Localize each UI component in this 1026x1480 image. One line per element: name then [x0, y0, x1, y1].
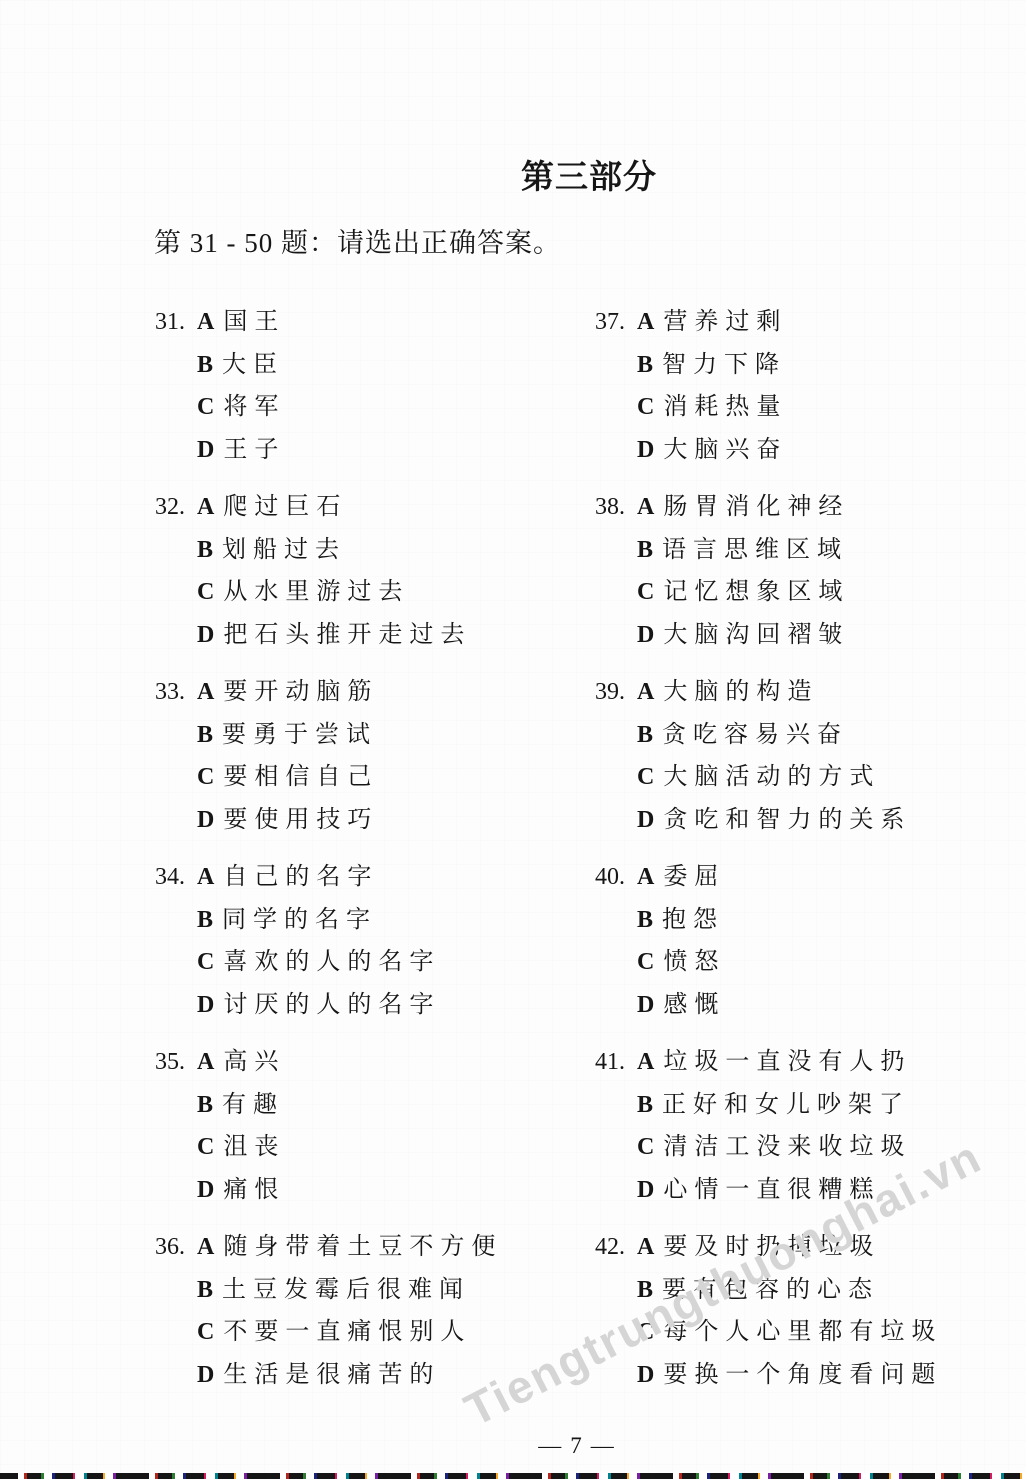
option-c: C每个人心里都有垃圾 — [637, 1311, 1015, 1354]
option-b: B同学的名字 — [197, 899, 555, 942]
option-letter: B — [197, 537, 213, 563]
question-options: A大脑的构造 B贪吃容易兴奋 C大脑活动的方式 D贪吃和智力的关系 — [637, 671, 1015, 841]
option-text: 抱怨 — [662, 907, 724, 933]
question-36: 36. A随身带着土豆不方便 B土豆发霉后很难闻 C不要一直痛恨别人 D生活是很… — [155, 1226, 555, 1396]
option-text: 高兴 — [223, 1049, 285, 1075]
question-38: 38. A肠胃消化神经 B语言思维区域 C记忆想象区域 D大脑沟回褶皱 — [595, 486, 1015, 656]
option-letter: C — [197, 764, 214, 790]
option-text: 土豆发霉后很难闻 — [222, 1277, 470, 1303]
option-text: 智力下降 — [662, 352, 786, 378]
option-letter: A — [197, 309, 214, 335]
option-letter: B — [197, 1092, 213, 1118]
option-letter: B — [637, 907, 653, 933]
option-text: 大臣 — [222, 352, 284, 378]
option-letter: A — [637, 679, 654, 705]
question-options: A随身带着土豆不方便 B土豆发霉后很难闻 C不要一直痛恨别人 D生活是很痛苦的 — [197, 1226, 555, 1396]
option-text: 贪吃和智力的关系 — [663, 807, 911, 833]
option-letter: C — [637, 764, 654, 790]
option-text: 语言思维区域 — [662, 537, 848, 563]
option-text: 营养过剩 — [663, 309, 787, 335]
option-b: B有趣 — [197, 1084, 555, 1127]
option-letter: A — [197, 679, 214, 705]
option-a: A爬过巨石 — [197, 486, 555, 529]
option-text: 国王 — [223, 309, 285, 335]
option-letter: C — [197, 949, 214, 975]
option-d: D把石头推开走过去 — [197, 614, 555, 657]
question-39: 39. A大脑的构造 B贪吃容易兴奋 C大脑活动的方式 D贪吃和智力的关系 — [595, 671, 1015, 841]
option-text: 委屈 — [663, 864, 725, 890]
option-letter: A — [197, 494, 214, 520]
page-footer: —7— — [529, 1433, 623, 1459]
option-letter: B — [637, 1092, 653, 1118]
option-letter: A — [637, 494, 654, 520]
option-letter: D — [197, 807, 214, 833]
question-33: 33. A要开动脑筋 B要勇于尝试 C要相信自己 D要使用技巧 — [155, 671, 555, 841]
question-number: 39. — [595, 671, 637, 714]
option-text: 心情一直很糟糕 — [663, 1177, 880, 1203]
option-letter: A — [637, 309, 654, 335]
option-a: A要及时扔掉垃圾 — [637, 1226, 1015, 1269]
scan-artifact-line — [0, 1473, 1026, 1479]
option-text: 有趣 — [222, 1092, 284, 1118]
footer-dash-left: — — [538, 1433, 561, 1458]
option-d: D生活是很痛苦的 — [197, 1354, 555, 1397]
option-b: B土豆发霉后很难闻 — [197, 1269, 555, 1312]
question-number: 36. — [155, 1226, 197, 1269]
option-text: 要勇于尝试 — [222, 722, 377, 748]
option-d: D大脑兴奋 — [637, 429, 1015, 472]
option-text: 贪吃容易兴奋 — [662, 722, 848, 748]
option-c: C不要一直痛恨别人 — [197, 1311, 555, 1354]
option-text: 肠胃消化神经 — [663, 494, 849, 520]
option-text: 爬过巨石 — [223, 494, 347, 520]
option-c: C消耗热量 — [637, 386, 1015, 429]
option-c: C从水里游过去 — [197, 571, 555, 614]
question-number: 33. — [155, 671, 197, 714]
option-text: 大脑沟回褶皱 — [663, 622, 849, 648]
question-options: A国王 B大臣 C将军 D王子 — [197, 301, 555, 471]
question-options: A自己的名字 B同学的名字 C喜欢的人的名字 D讨厌的人的名字 — [197, 856, 555, 1026]
option-letter: B — [637, 352, 653, 378]
option-b: B正好和女儿吵架了 — [637, 1084, 1015, 1127]
question-number: 42. — [595, 1226, 637, 1269]
option-b: B要勇于尝试 — [197, 714, 555, 757]
option-text: 划船过去 — [222, 537, 346, 563]
option-letter: D — [197, 1177, 214, 1203]
instructions-line: 第 31 - 50 题：请选出正确答案。 — [154, 221, 561, 260]
question-options: A爬过巨石 B划船过去 C从水里游过去 D把石头推开走过去 — [197, 486, 555, 656]
question-number: 37. — [595, 301, 637, 344]
option-b: B抱怨 — [637, 899, 1015, 942]
question-37: 37. A营养过剩 B智力下降 C消耗热量 D大脑兴奋 — [595, 301, 1015, 471]
option-letter: C — [637, 949, 654, 975]
option-b: B要有包容的心态 — [637, 1269, 1015, 1312]
option-text: 王子 — [223, 437, 285, 463]
option-letter: C — [637, 394, 654, 420]
option-d: D讨厌的人的名字 — [197, 984, 555, 1027]
option-text: 将军 — [223, 394, 285, 420]
option-letter: A — [637, 864, 654, 890]
option-text: 生活是很痛苦的 — [223, 1362, 440, 1388]
option-c: C大脑活动的方式 — [637, 756, 1015, 799]
question-options: A委屈 B抱怨 C愤怒 D感慨 — [637, 856, 1015, 1026]
option-a: A随身带着土豆不方便 — [197, 1226, 555, 1269]
question-number: 31. — [155, 301, 197, 344]
exam-page: 第三部分 第 31 - 50 题：请选出正确答案。 31. A国王 B大臣 C将… — [0, 0, 1026, 1480]
option-text: 大脑的构造 — [663, 679, 818, 705]
option-letter: B — [637, 722, 653, 748]
option-letter: A — [197, 864, 214, 890]
option-d: D贪吃和智力的关系 — [637, 799, 1015, 842]
option-letter: C — [197, 579, 214, 605]
question-40: 40. A委屈 B抱怨 C愤怒 D感慨 — [595, 856, 1015, 1026]
questions-column-left: 31. A国王 B大臣 C将军 D王子 32. A爬过巨石 B划船过去 C从水里… — [155, 301, 555, 1411]
option-letter: C — [197, 1319, 214, 1345]
question-34: 34. A自己的名字 B同学的名字 C喜欢的人的名字 D讨厌的人的名字 — [155, 856, 555, 1026]
option-c: C愤怒 — [637, 941, 1015, 984]
question-options: A要开动脑筋 B要勇于尝试 C要相信自己 D要使用技巧 — [197, 671, 555, 841]
option-a: A大脑的构造 — [637, 671, 1015, 714]
option-a: A委屈 — [637, 856, 1015, 899]
option-letter: B — [197, 722, 213, 748]
option-text: 从水里游过去 — [223, 579, 409, 605]
option-text: 感慨 — [663, 992, 725, 1018]
option-d: D痛恨 — [197, 1169, 555, 1212]
option-a: A高兴 — [197, 1041, 555, 1084]
option-c: C沮丧 — [197, 1126, 555, 1169]
option-letter: D — [197, 622, 214, 648]
option-text: 讨厌的人的名字 — [223, 992, 440, 1018]
option-b: B语言思维区域 — [637, 529, 1015, 572]
option-c: C要相信自己 — [197, 756, 555, 799]
option-letter: D — [197, 437, 214, 463]
option-letter: D — [637, 622, 654, 648]
option-letter: D — [637, 1362, 654, 1388]
question-options: A高兴 B有趣 C沮丧 D痛恨 — [197, 1041, 555, 1211]
option-text: 要有包容的心态 — [662, 1277, 879, 1303]
option-a: A国王 — [197, 301, 555, 344]
option-letter: D — [637, 992, 654, 1018]
option-letter: A — [197, 1234, 214, 1260]
question-number: 32. — [155, 486, 197, 529]
question-options: A垃圾一直没有人扔 B正好和女儿吵架了 C清洁工没来收垃圾 D心情一直很糟糕 — [637, 1041, 1015, 1211]
option-d: D要换一个角度看问题 — [637, 1354, 1015, 1397]
option-letter: A — [197, 1049, 214, 1075]
question-number: 41. — [595, 1041, 637, 1084]
question-number: 35. — [155, 1041, 197, 1084]
option-text: 同学的名字 — [222, 907, 377, 933]
question-options: A营养过剩 B智力下降 C消耗热量 D大脑兴奋 — [637, 301, 1015, 471]
option-letter: C — [637, 579, 654, 605]
option-letter: D — [637, 807, 654, 833]
option-letter: B — [637, 1277, 653, 1303]
option-text: 正好和女儿吵架了 — [662, 1092, 910, 1118]
option-text: 要开动脑筋 — [223, 679, 378, 705]
option-letter: C — [637, 1134, 654, 1160]
option-text: 垃圾一直没有人扔 — [663, 1049, 911, 1075]
option-text: 不要一直痛恨别人 — [223, 1319, 471, 1345]
option-text: 喜欢的人的名字 — [223, 949, 440, 975]
option-letter: B — [197, 1277, 213, 1303]
option-a: A营养过剩 — [637, 301, 1015, 344]
option-letter: B — [637, 537, 653, 563]
option-text: 愤怒 — [663, 949, 725, 975]
option-text: 要及时扔掉垃圾 — [663, 1234, 880, 1260]
option-letter: D — [637, 437, 654, 463]
option-c: C喜欢的人的名字 — [197, 941, 555, 984]
question-number: 38. — [595, 486, 637, 529]
option-d: D大脑沟回褶皱 — [637, 614, 1015, 657]
option-b: B贪吃容易兴奋 — [637, 714, 1015, 757]
option-text: 消耗热量 — [663, 394, 787, 420]
questions-column-right: 37. A营养过剩 B智力下降 C消耗热量 D大脑兴奋 38. A肠胃消化神经 … — [595, 301, 1015, 1411]
option-text: 清洁工没来收垃圾 — [663, 1134, 911, 1160]
option-text: 每个人心里都有垃圾 — [663, 1319, 942, 1345]
option-letter: A — [637, 1234, 654, 1260]
option-c: C将军 — [197, 386, 555, 429]
option-c: C清洁工没来收垃圾 — [637, 1126, 1015, 1169]
option-text: 要相信自己 — [223, 764, 378, 790]
option-b: B大臣 — [197, 344, 555, 387]
option-letter: C — [197, 394, 214, 420]
question-41: 41. A垃圾一直没有人扔 B正好和女儿吵架了 C清洁工没来收垃圾 D心情一直很… — [595, 1041, 1015, 1211]
option-letter: D — [197, 992, 214, 1018]
option-d: D要使用技巧 — [197, 799, 555, 842]
option-a: A要开动脑筋 — [197, 671, 555, 714]
option-text: 大脑兴奋 — [663, 437, 787, 463]
option-a: A肠胃消化神经 — [637, 486, 1015, 529]
option-letter: C — [197, 1134, 214, 1160]
question-31: 31. A国王 B大臣 C将军 D王子 — [155, 301, 555, 471]
question-number: 40. — [595, 856, 637, 899]
option-letter: C — [637, 1319, 654, 1345]
question-42: 42. A要及时扔掉垃圾 B要有包容的心态 C每个人心里都有垃圾 D要换一个角度… — [595, 1226, 1015, 1396]
option-letter: D — [197, 1362, 214, 1388]
footer-dash-right: — — [591, 1433, 614, 1458]
option-a: A自己的名字 — [197, 856, 555, 899]
footer-page-number: 7 — [570, 1433, 582, 1458]
question-options: A要及时扔掉垃圾 B要有包容的心态 C每个人心里都有垃圾 D要换一个角度看问题 — [637, 1226, 1015, 1396]
option-text: 沮丧 — [223, 1134, 285, 1160]
option-d: D王子 — [197, 429, 555, 472]
option-letter: A — [637, 1049, 654, 1075]
question-35: 35. A高兴 B有趣 C沮丧 D痛恨 — [155, 1041, 555, 1211]
option-letter: D — [637, 1177, 654, 1203]
option-text: 随身带着土豆不方便 — [223, 1234, 502, 1260]
question-options: A肠胃消化神经 B语言思维区域 C记忆想象区域 D大脑沟回褶皱 — [637, 486, 1015, 656]
option-d: D感慨 — [637, 984, 1015, 1027]
option-text: 把石头推开走过去 — [223, 622, 471, 648]
option-c: C记忆想象区域 — [637, 571, 1015, 614]
option-text: 痛恨 — [223, 1177, 285, 1203]
option-b: B智力下降 — [637, 344, 1015, 387]
option-text: 要换一个角度看问题 — [663, 1362, 942, 1388]
section-title: 第三部分 — [521, 151, 657, 198]
option-text: 大脑活动的方式 — [663, 764, 880, 790]
option-letter: B — [197, 907, 213, 933]
option-text: 自己的名字 — [223, 864, 378, 890]
option-d: D心情一直很糟糕 — [637, 1169, 1015, 1212]
option-text: 要使用技巧 — [223, 807, 378, 833]
option-b: B划船过去 — [197, 529, 555, 572]
question-number: 34. — [155, 856, 197, 899]
option-text: 记忆想象区域 — [663, 579, 849, 605]
question-32: 32. A爬过巨石 B划船过去 C从水里游过去 D把石头推开走过去 — [155, 486, 555, 656]
option-letter: B — [197, 352, 213, 378]
option-a: A垃圾一直没有人扔 — [637, 1041, 1015, 1084]
